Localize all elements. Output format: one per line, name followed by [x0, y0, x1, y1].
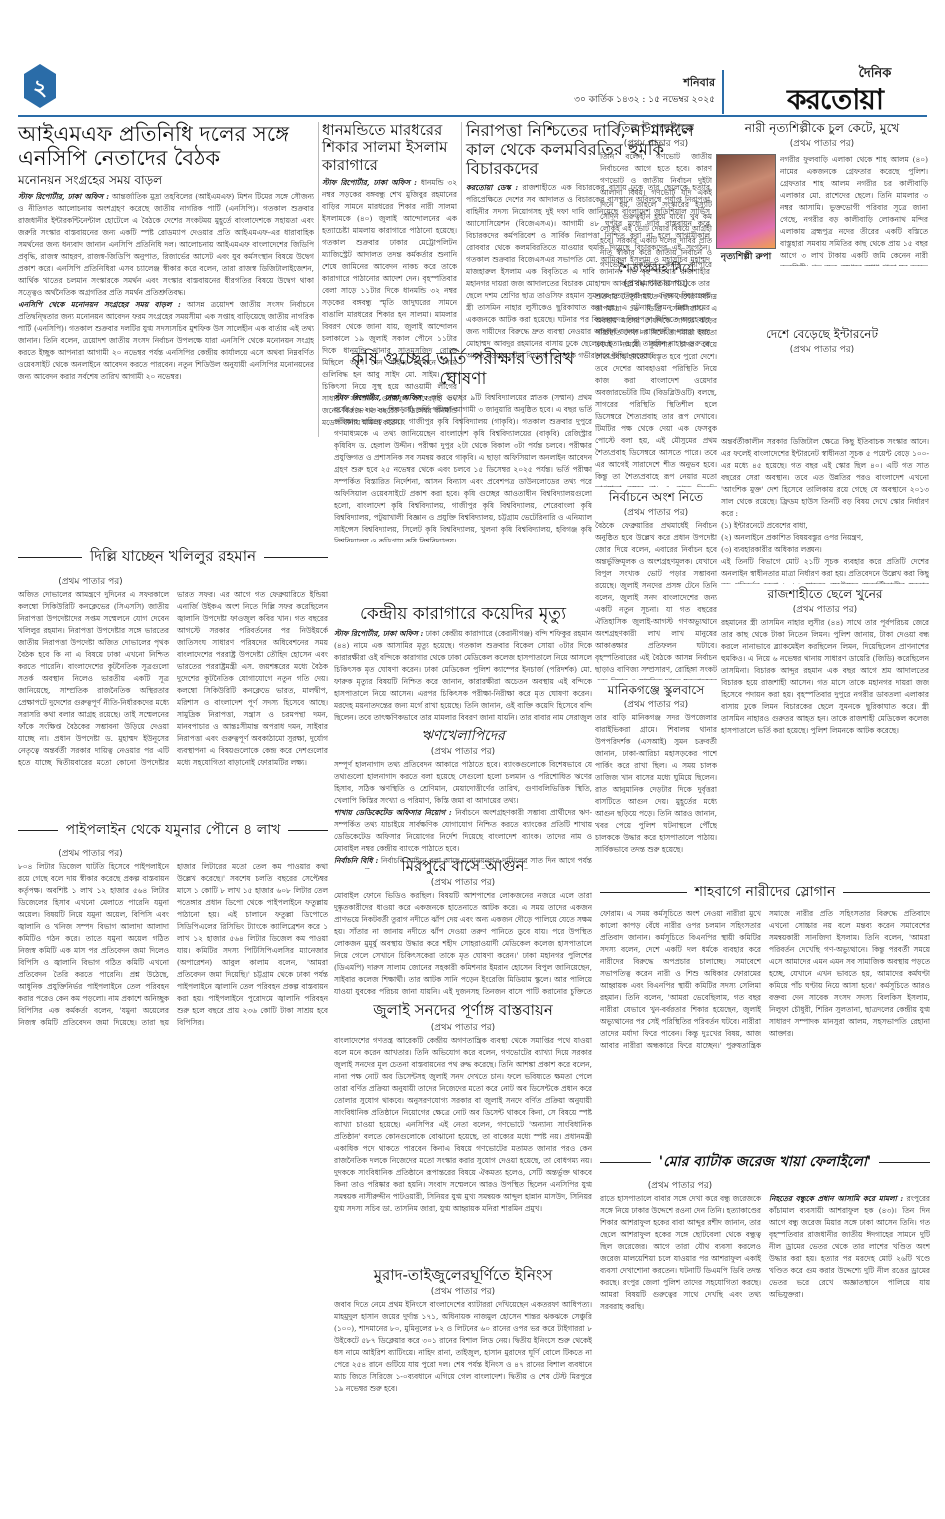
headline: শাহবাগে নারীদের স্লোগান [695, 880, 836, 904]
headline: কেন্দ্রীয় কারাগারে কয়েদির মৃত্যু [334, 605, 592, 625]
article-imf: আইএমএফ প্রতিনিধি দলের সঙ্গে এনসিপি নেতাদ… [18, 122, 314, 449]
headline: ধানমন্ডিতে মারধরের শিকার সালমা ইসলাম কার… [322, 122, 457, 174]
article-body: মোবাইল ফোনে ভিডিও করছিল। বিষয়টি আশপাশের… [334, 890, 592, 998]
headline: কৃষি গুচ্ছের ভর্তি পরীক্ষার তারিখ ঘোষণা [334, 350, 592, 389]
headline: শৈত্যপ্রবাহ নিয়ে [595, 262, 717, 276]
article-body: সম্পূর্ণ হালনাগাদ তথ্য প্রতিবেদন আকারে প… [334, 759, 592, 869]
hexagon-badge-icon: ২ [22, 62, 58, 110]
headline: পাইপলাইন থেকে যমুনার পৌনে ৪ লাখ [66, 818, 281, 842]
article-mor-betak: 'মোর ব্যাটাক জরেজ খায়া ফেলাইলো' (প্রথম … [600, 1150, 930, 1483]
masthead-rule [18, 115, 927, 117]
rule-right [879, 1162, 930, 1163]
article-body: তিনি বলেন, গণভোট জাতীয় নির্বাচনের আগে হ… [600, 151, 712, 269]
dancer-photo [716, 154, 776, 249]
column-mid-right: তিন উপদেষ্টাকে (প্রথম পাতার পর) তিনি বলে… [600, 122, 712, 269]
headline-julai: জুলাই সনদের পূর্ণাঙ্গ বাস্তবায়ন [334, 1002, 592, 1019]
headline-rajshahi: রাজশাহীতে ছেলে খুনের [721, 588, 929, 602]
article-shoityoprobah: শৈত্যপ্রবাহ নিয়ে (প্রথম পাতার পর) শুক্র… [595, 262, 717, 872]
continued-label: (প্রথম পাতার পর) [716, 136, 928, 151]
article-body: অন্তর্বর্তীকালীন সরকার ডিজিটাল ক্ষেত্রে … [721, 436, 929, 584]
rule-left [18, 557, 82, 558]
article-body: তার বাড়ি মানিকগঞ্জ সদর উপজেলার বারাইভিক… [595, 712, 717, 872]
rule-left [18, 830, 58, 831]
article-body: স্টাফ রিপোর্টার, ঢাকা অফিস : আন্তর্জাতিক… [18, 191, 314, 449]
headline: 'মোর ব্যাটাক জরেজ খায়া ফেলাইলো' [659, 1150, 871, 1174]
subheadline: মনোনয়ন সংগ্রহের সময় বাড়ল [18, 174, 314, 188]
article-dilli: দিল্লি যাচ্ছেন খলিলুর রহমান (প্রথম পাতার… [18, 545, 328, 844]
article-body: ৮০৪ লিটার ডিজেল ঘাটতি হিসেবে পাইপলাইনে র… [18, 861, 328, 1511]
article-body: অজিত দোভালের আমন্ত্রণে দুদিনের এ সফরকালে… [18, 589, 328, 844]
rule-right [288, 830, 328, 831]
article-kendriyo: কেন্দ্রীয় কারাগারে কয়েদির মৃত্যু স্টাফ… [334, 605, 592, 869]
article-internet: অন্তর্বর্তীকালীন সরকার ডিজিটাল ক্ষেত্রে … [721, 436, 929, 937]
svg-text:২: ২ [33, 76, 47, 101]
article-body: নগরীর ফুলবাড়ি এলাকা থেকে শাহ আলম (৪০) ন… [780, 154, 928, 266]
article-body: রাতে হাসপাতালে বাবার সঙ্গে দেখা করে বন্ধ… [600, 1193, 930, 1483]
photo-caption: নৃত্যশিল্পী রুপা [716, 249, 776, 264]
column-divider [318, 122, 319, 437]
article-krishi: কৃষি গুচ্ছের ভর্তি পরীক্ষার তারিখ ঘোষণা … [334, 350, 592, 542]
page-number-badge: ২ [22, 62, 58, 110]
list-item: (১) ইন্টারনেটে প্রবেশের বাধা, [721, 520, 929, 532]
article-body: বাংলাদেশের গণতন্ত্র আরেকটি কেন্দ্রীয় অগ… [334, 1035, 592, 1263]
headline: আইএমএফ প্রতিনিধি দলের সঙ্গে এনসিপি নেতাদ… [18, 122, 314, 170]
article-body: স্টাফ রিপোর্টার, ঢাকা অফিস : ঢাকা কেন্দ্… [334, 628, 592, 724]
headline: মিরপুরে বাসে আগুন [334, 858, 592, 875]
headline-rinkhelapi: ঋণখেলাপিদের [334, 728, 592, 744]
article-body: স্টাফ রিপোর্টার, ঢাকা অফিস : কৃষি গুচ্ছে… [334, 392, 592, 542]
issue-date: ৩০ কার্তিক ১৪৩২ : ১৫ নভেম্বর ২০২৫ [520, 92, 715, 107]
list-item: (২) অনলাইনে প্রকাশিত বিষয়বস্তুর ওপর নিয… [721, 532, 929, 544]
article-body: বৈঠকে ফেব্রুয়ারির প্রথমার্ধেই নির্বাচন … [595, 520, 717, 680]
rule-left [600, 892, 687, 893]
headline-manikganj: মানিকগঞ্জে স্কুলবাসে [595, 684, 717, 698]
headline: দিল্লি যাচ্ছেন খলিলুর রহমান [90, 545, 256, 570]
logo-karatoa: করতোয়া [735, 78, 935, 125]
rule-right [843, 892, 930, 893]
list-item: (৩) ব্যবহারকারীর অধিকার লঙ্ঘন। [721, 544, 929, 556]
article-nritto: নারী নৃত্যশিল্পীকে চুল কেটে, মুখে (প্রথম… [716, 122, 928, 357]
issue-day: শনিবার [560, 74, 715, 93]
article-body: ফোরাম। এ সময় কর্মসূচিতে অংশ নেওয়া নারী… [600, 908, 930, 1168]
headline-internet: দেশে বেড়েছে ইন্টারনেট [716, 328, 928, 342]
masthead-divider [722, 70, 724, 114]
article-body: জবাব দিতে নেমে প্রথম ইনিংসে বাংলাদেশের ব… [334, 1299, 592, 1471]
rule-left [600, 1162, 651, 1163]
article-pipeline: পাইপলাইন থেকে যমুনার পৌনে ৪ লাখ (প্রথম প… [18, 818, 328, 1511]
headline-tin-upodeshta: তিন উপদেষ্টাকে [600, 122, 712, 136]
byline: স্টাফ রিপোর্টার, ঢাকা অফিস : [18, 192, 109, 201]
headline-murad: মুরাদ-তাইজুলেরঘূর্ণিতে ইনিংস [334, 1267, 592, 1284]
article-shahbag: শাহবাগে নারীদের স্লোগান ফোরাম। এ সময় কর… [600, 880, 930, 1168]
headline: নারী নৃত্যশিল্পীকে চুল কেটে, মুখে [716, 122, 928, 136]
rule-right [264, 557, 328, 558]
headline-nirbachone: নির্বাচনে অংশ নিতে [595, 491, 717, 505]
article-body: শুক্রবার তেঁতুলিয়াতে ছিল দেশের সর্বনিম্… [595, 291, 717, 487]
article-mirpur: মিরপুরে বাসে আগুন (প্রথম পাতার পর) মোবাই… [334, 858, 592, 1471]
